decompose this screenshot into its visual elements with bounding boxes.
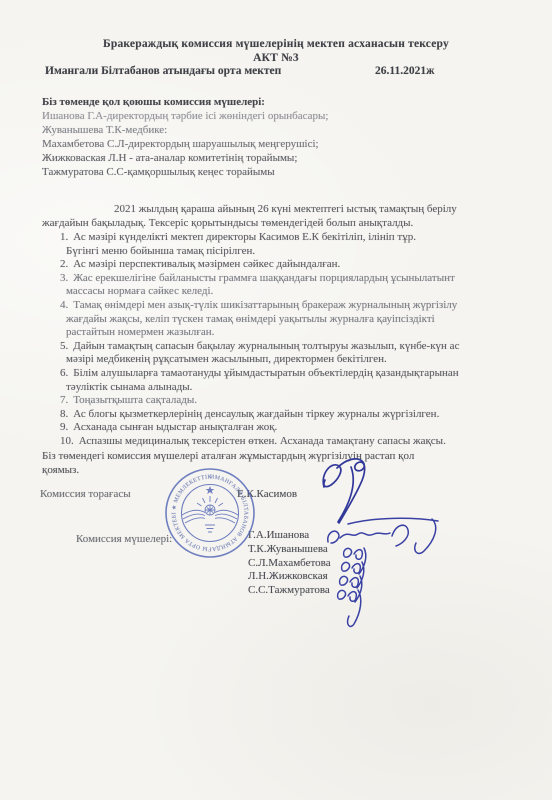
finding-number: 6.: [60, 367, 68, 379]
finding-text: Жас ерекшелігіне байланысты граммға шаққ…: [66, 272, 455, 298]
school-name: Имангали Білтабанов атындағы орта мектеп: [45, 65, 281, 77]
finding-number: 1.: [60, 231, 68, 243]
title-line-2: АКТ №3: [0, 51, 552, 65]
finding-text: Аспазшы медициналық тексерістен өткен. А…: [79, 435, 446, 447]
title-line-1: Бракераждық комиссия мүшелерінің мектеп …: [0, 37, 552, 51]
finding-number: 3.: [60, 272, 68, 284]
finding-number: 7.: [60, 394, 68, 406]
finding-text: Тоңазытқышта сақталады.: [73, 394, 197, 406]
finding-item: 9.Асханада сынған ыдыстар анықталған жоқ…: [42, 421, 508, 435]
finding-item: 2.Ас мәзірі перспективалық мәзірмен сәйк…: [42, 258, 508, 272]
finding-text: Ас мәзірі перспективалық мәзірмен сәйкес…: [73, 258, 340, 270]
finding-number: 5.: [60, 340, 68, 352]
finding-item: 10.Аспазшы медициналық тексерістен өткен…: [42, 435, 508, 449]
member-line: Жижковаская Л.Н - ата-аналар комитетінің…: [42, 152, 328, 166]
finding-number: 4.: [60, 299, 68, 311]
kazakhstan-emblem-round-stamp-icon: ИМАНҒАЛИ БІЛТАБАНОВ АТЫНДАҒЫ ОРТА МЕКТЕБ…: [160, 463, 260, 563]
finding-item: 4.Тамақ өнімдері мен азық-түлік шикізатт…: [42, 299, 508, 340]
member-line: Жуванышева Т.К-медбике:: [42, 124, 328, 138]
member-line: Ишанова Г.А-директордың тәрбие ісі жөнін…: [42, 110, 328, 124]
chairman-signature-row: Комиссия торағасы Е.К.Касимов: [40, 488, 520, 500]
finding-text: Тамақ өнімдері мен азық-түлік шикізаттар…: [66, 299, 457, 338]
finding-item: 5.Дайын тамақтың сапасын бақылау журналы…: [42, 340, 508, 367]
findings-list: 1.Ас мәзірі күнделікті мектеп директоры …: [42, 231, 508, 449]
finding-item: 6.Білім алушыларға тамаотануды ұйымдасты…: [42, 367, 508, 394]
finding-number: 2.: [60, 258, 68, 270]
finding-item: 1.Ас мәзірі күнделікті мектеп директоры …: [42, 231, 508, 258]
finding-text: Ас блогы қызметкерлерінің денсаулық жағд…: [73, 408, 439, 420]
finding-number: 8.: [60, 408, 68, 420]
intro-heading: Біз төменде қол қоюшы комиссия мүшелері:: [42, 96, 265, 108]
member-line: Махамбетова С.Л-директордың шаруашылық м…: [42, 138, 328, 152]
school-and-date-row: Имангали Білтабанов атындағы орта мектеп…: [45, 65, 512, 77]
document-title: Бракераждық комиссия мүшелерінің мектеп …: [0, 37, 552, 65]
finding-item: 7.Тоңазытқышта сақталады.: [42, 394, 508, 408]
finding-number: 9.: [60, 421, 68, 433]
member-line: Тажмуратова С.С-қамқоршылық кеңес торайы…: [42, 166, 328, 180]
finding-item: 8.Ас блогы қызметкерлерінің денсаулық жа…: [42, 408, 508, 422]
finding-text: Ас мәзірі күнделікті мектеп директоры Ка…: [66, 231, 416, 257]
document-date: 26.11.2021ж: [375, 65, 434, 77]
finding-number: 10.: [60, 435, 74, 447]
closing-paragraph: Біз төмендегі комиссия мүшелері аталған …: [42, 450, 508, 478]
finding-item: 3.Жас ерекшелігіне байланысты граммға ша…: [42, 272, 508, 299]
finding-text: Асханада сынған ыдыстар анықталған жоқ.: [73, 421, 277, 433]
finding-text: Дайын тамақтың сапасын бақылау журналыны…: [66, 340, 459, 366]
scanned-act-document: Бракераждық комиссия мүшелерінің мектеп …: [0, 0, 552, 800]
body-paragraph: 2021 жылдың қараша айының 26 күні мектеп…: [42, 203, 498, 230]
commission-members-list: Ишанова Г.А-директордың тәрбие ісі жөнін…: [42, 110, 328, 180]
chairman-label: Комиссия торағасы: [40, 488, 131, 500]
finding-text: Білім алушыларға тамаотануды ұйымдастыра…: [66, 367, 459, 393]
members-signing-label: Комиссия мүшелері:: [76, 533, 172, 545]
members-signatures-icon: [300, 512, 455, 630]
